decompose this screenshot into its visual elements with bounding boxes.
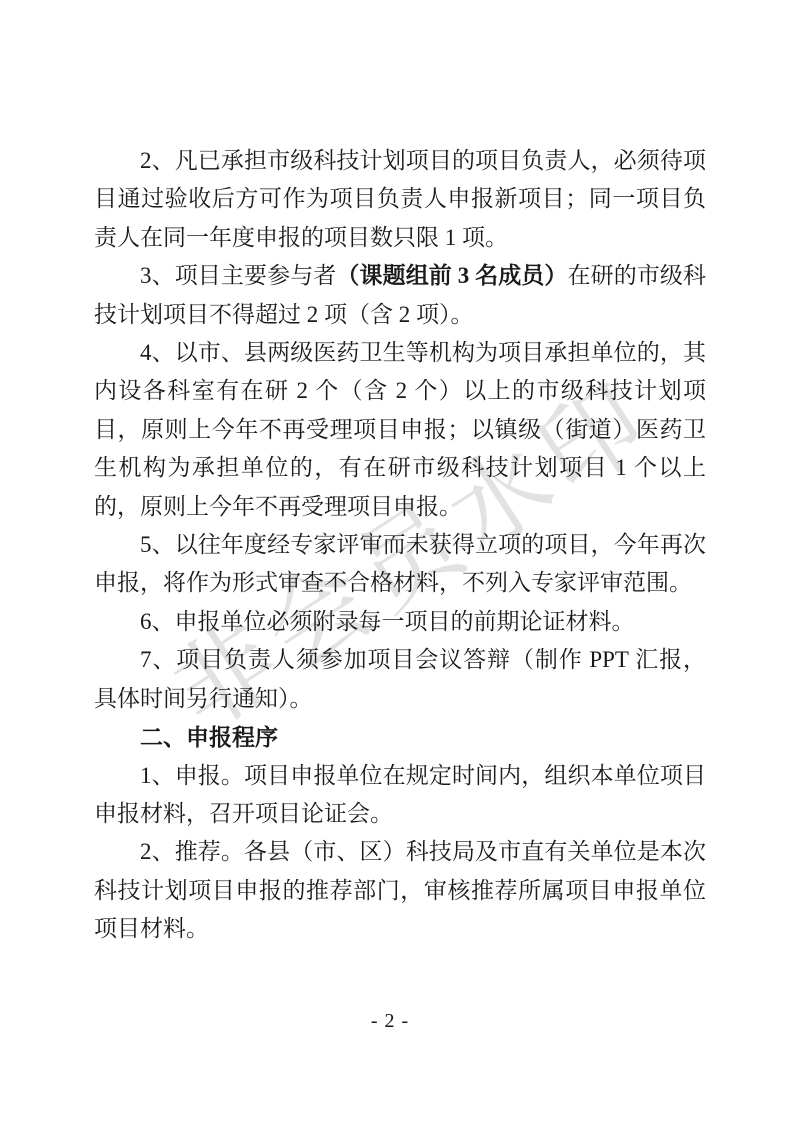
text-run: 3、项目主要参与者	[140, 263, 336, 288]
bold-emphasis: 二、申报程序	[140, 724, 278, 750]
paragraph: 4、以市、县两级医药卫生等机构为项目承担单位的，其内设各科室有在研 2 个（含 …	[94, 334, 706, 526]
paragraph: 2、凡已承担市级科技计划项目的项目负责人，必须待项目通过验收后方可作为项目负责人…	[94, 142, 706, 257]
document-page: 非会员水印 2、凡已承担市级科技计划项目的项目负责人，必须待项目通过验收后方可作…	[0, 0, 793, 1122]
text-run: 4、以市、县两级医药卫生等机构为项目承担单位的，其内设各科室有在研 2 个（含 …	[94, 340, 706, 519]
paragraph: 3、项目主要参与者（课题组前 3 名成员）在研的市级科技计划项目不得超过 2 项…	[94, 257, 706, 334]
paragraph: 5、以往年度经专家评审而未获得立项的项目，今年再次申报，将作为形式审查不合格材料…	[94, 526, 706, 603]
page-number: - 2 -	[0, 1008, 780, 1034]
bold-emphasis: （课题组前 3 名成员）	[336, 263, 567, 288]
text-run: 1、申报。项目申报单位在规定时间内，组织本单位项目申报材料，召开项目论证会。	[94, 763, 706, 826]
section-heading: 二、申报程序	[94, 718, 706, 756]
text-run: 7、项目负责人须参加项目会议答辩（制作 PPT 汇报，具体时间另行通知）。	[94, 647, 706, 710]
paragraph: 7、项目负责人须参加项目会议答辩（制作 PPT 汇报，具体时间另行通知）。	[94, 641, 706, 718]
text-run: 2、推荐。各县（市、区）科技局及市直有关单位是本次科技计划项目申报的推荐部门，审…	[94, 839, 706, 941]
paragraph: 1、申报。项目申报单位在规定时间内，组织本单位项目申报材料，召开项目论证会。	[94, 757, 706, 834]
text-run: 5、以往年度经专家评审而未获得立项的项目，今年再次申报，将作为形式审查不合格材料…	[94, 532, 706, 595]
document-body: 2、凡已承担市级科技计划项目的项目负责人，必须待项目通过验收后方可作为项目负责人…	[94, 142, 706, 949]
paragraph: 2、推荐。各县（市、区）科技局及市直有关单位是本次科技计划项目申报的推荐部门，审…	[94, 833, 706, 948]
text-run: 2、凡已承担市级科技计划项目的项目负责人，必须待项目通过验收后方可作为项目负责人…	[94, 148, 706, 250]
text-run: 6、申报单位必须附录每一项目的前期论证材料。	[140, 609, 635, 634]
paragraph: 6、申报单位必须附录每一项目的前期论证材料。	[94, 603, 706, 641]
